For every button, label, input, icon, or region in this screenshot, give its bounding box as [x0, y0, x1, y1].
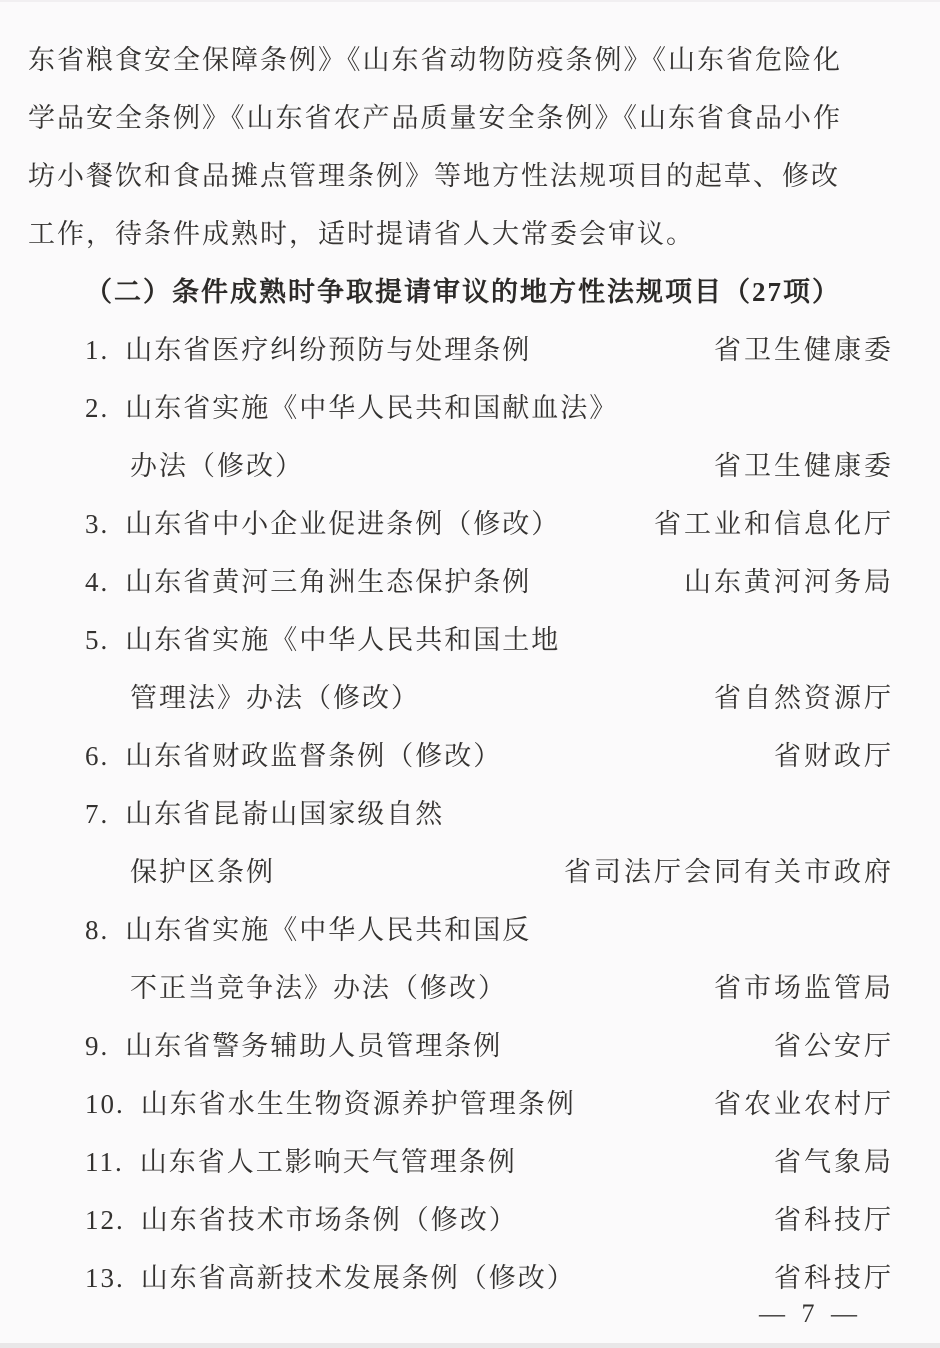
- item-title: 山东省中小企业促进条例（修改）: [125, 495, 560, 553]
- item-department: 省自然资源厅: [714, 669, 912, 727]
- item-title: 山东省警务辅助人员管理条例: [125, 1017, 502, 1075]
- item-title: 山东省黄河三角洲生态保护条例: [125, 553, 531, 611]
- document-page: 东省粮食安全保障条例》《山东省动物防疫条例》《山东省危险化 学品安全条例》《山东…: [0, 0, 940, 1348]
- regulation-item-continuation-row: 办法（修改） 省卫生健康委: [28, 437, 912, 495]
- item-department: 山东黄河河务局: [684, 553, 912, 611]
- regulation-item-row: 2. 山东省实施《中华人民共和国献血法》: [28, 379, 912, 437]
- regulation-item-continuation-row: 管理法》办法（修改） 省自然资源厅: [28, 669, 912, 727]
- document-content: 东省粮食安全保障条例》《山东省动物防疫条例》《山东省危险化 学品安全条例》《山东…: [0, 0, 940, 1307]
- regulation-item-row: 3. 山东省中小企业促进条例（修改） 省工业和信息化厅: [28, 495, 912, 553]
- item-department: 省司法厅会同有关市政府: [564, 843, 912, 901]
- section-heading-line: （二）条件成熟时争取提请审议的地方性法规项目（27项）: [28, 263, 912, 321]
- regulation-item-row: 8. 山东省实施《中华人民共和国反: [28, 901, 912, 959]
- item-title: 山东省人工影响天气管理条例: [140, 1133, 517, 1191]
- regulation-item-row: 6. 山东省财政监督条例（修改） 省财政厅: [28, 727, 912, 785]
- item-title-continuation: 保护区条例: [130, 843, 275, 901]
- regulation-item-row: 4. 山东省黄河三角洲生态保护条例 山东黄河河务局: [28, 553, 912, 611]
- item-department: 省科技厅: [774, 1191, 912, 1249]
- item-department: 省气象局: [774, 1133, 912, 1191]
- item-number: 11.: [85, 1133, 124, 1191]
- item-title: 山东省技术市场条例（修改）: [141, 1191, 518, 1249]
- item-department: 省卫生健康委: [714, 321, 912, 379]
- item-number: 12.: [85, 1191, 125, 1249]
- item-title-continuation: 不正当竞争法》办法（修改）: [130, 959, 507, 1017]
- item-department: 省卫生健康委: [714, 437, 912, 495]
- scan-edge-bottom: [0, 1343, 940, 1348]
- regulation-item-continuation-row: 不正当竞争法》办法（修改） 省市场监管局: [28, 959, 912, 1017]
- item-department: 省市场监管局: [714, 959, 912, 1017]
- intro-paragraph-line: 工作，待条件成熟时，适时提请省人大常委会审议。: [28, 205, 912, 263]
- item-number: 5.: [85, 611, 109, 669]
- item-department: 省公安厅: [774, 1017, 912, 1075]
- section-heading: （二）条件成熟时争取提请审议的地方性法规项目（27项）: [85, 277, 841, 307]
- item-department: 省农业农村厅: [714, 1075, 912, 1133]
- item-title: 山东省高新技术发展条例（修改）: [141, 1249, 576, 1307]
- item-number: 13.: [85, 1249, 125, 1307]
- item-number: 9.: [85, 1017, 109, 1075]
- item-number: 6.: [85, 727, 109, 785]
- item-title: 山东省昆嵛山国家级自然: [125, 785, 444, 843]
- regulation-item-row: 11. 山东省人工影响天气管理条例 省气象局: [28, 1133, 912, 1191]
- regulation-item-row: 9. 山东省警务辅助人员管理条例 省公安厅: [28, 1017, 912, 1075]
- page-number: — 7 —: [759, 1298, 862, 1330]
- item-number: 3.: [85, 495, 109, 553]
- item-department: 省财政厅: [774, 727, 912, 785]
- regulation-item-row: 1. 山东省医疗纠纷预防与处理条例 省卫生健康委: [28, 321, 912, 379]
- item-title: 山东省水生生物资源养护管理条例: [141, 1075, 576, 1133]
- item-number: 1.: [85, 321, 109, 379]
- item-title: 山东省实施《中华人民共和国反: [125, 901, 531, 959]
- item-number: 8.: [85, 901, 109, 959]
- intro-paragraph-line: 东省粮食安全保障条例》《山东省动物防疫条例》《山东省危险化: [28, 31, 912, 89]
- item-title: 山东省实施《中华人民共和国献血法》: [125, 379, 618, 437]
- item-title-continuation: 管理法》办法（修改）: [130, 669, 420, 727]
- intro-paragraph-line: 坊小餐饮和食品摊点管理条例》等地方性法规项目的起草、修改: [28, 147, 912, 205]
- item-number: 10.: [85, 1075, 125, 1133]
- intro-paragraph-line: 学品安全条例》《山东省农产品质量安全条例》《山东省食品小作: [28, 89, 912, 147]
- scan-edge-top: [0, 0, 940, 2]
- regulation-item-row: 7. 山东省昆嵛山国家级自然: [28, 785, 912, 843]
- item-number: 2.: [85, 379, 109, 437]
- item-number: 7.: [85, 785, 109, 843]
- item-department: 省工业和信息化厅: [654, 495, 912, 553]
- item-title: 山东省实施《中华人民共和国土地: [125, 611, 560, 669]
- item-title: 山东省医疗纠纷预防与处理条例: [125, 321, 531, 379]
- regulation-item-row: 12. 山东省技术市场条例（修改） 省科技厅: [28, 1191, 912, 1249]
- regulation-item-row: 10. 山东省水生生物资源养护管理条例 省农业农村厅: [28, 1075, 912, 1133]
- regulation-item-continuation-row: 保护区条例 省司法厅会同有关市政府: [28, 843, 912, 901]
- item-title: 山东省财政监督条例（修改）: [125, 727, 502, 785]
- item-number: 4.: [85, 553, 109, 611]
- item-title-continuation: 办法（修改）: [130, 437, 304, 495]
- regulation-item-row: 5. 山东省实施《中华人民共和国土地: [28, 611, 912, 669]
